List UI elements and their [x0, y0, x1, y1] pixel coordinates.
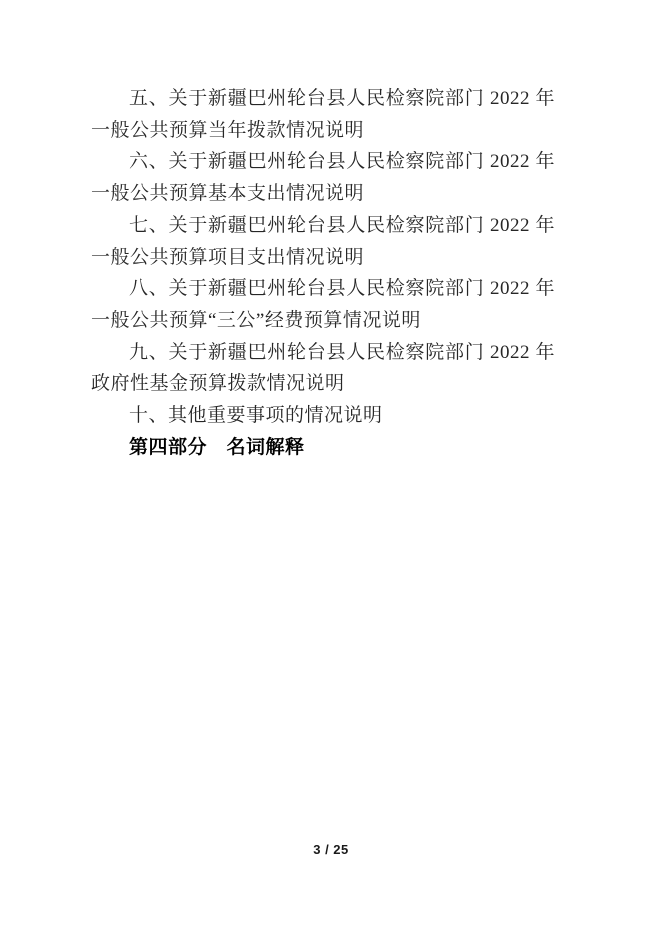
document-page: 五、关于新疆巴州轮台县人民检察院部门 2022 年一般公共预算当年拨款情况说明 … [0, 0, 662, 936]
toc-item-5: 五、关于新疆巴州轮台县人民检察院部门 2022 年一般公共预算当年拨款情况说明 [91, 83, 555, 146]
toc-item-8: 八、关于新疆巴州轮台县人民检察院部门 2022 年一般公共预算“三公”经费预算情… [91, 273, 555, 336]
toc-item-9: 九、关于新疆巴州轮台县人民检察院部门 2022 年政府性基金预算拨款情况说明 [91, 337, 555, 400]
toc-content: 五、关于新疆巴州轮台县人民检察院部门 2022 年一般公共预算当年拨款情况说明 … [91, 83, 555, 463]
toc-item-6: 六、关于新疆巴州轮台县人民检察院部门 2022 年一般公共预算基本支出情况说明 [91, 146, 555, 209]
toc-item-7: 七、关于新疆巴州轮台县人民检察院部门 2022 年一般公共预算项目支出情况说明 [91, 210, 555, 273]
section-heading: 第四部分 名词解释 [91, 432, 555, 464]
page-footer: 3 / 25 [0, 841, 662, 859]
toc-item-10: 十、其他重要事项的情况说明 [91, 400, 555, 432]
page-number: 3 / 25 [313, 842, 349, 857]
